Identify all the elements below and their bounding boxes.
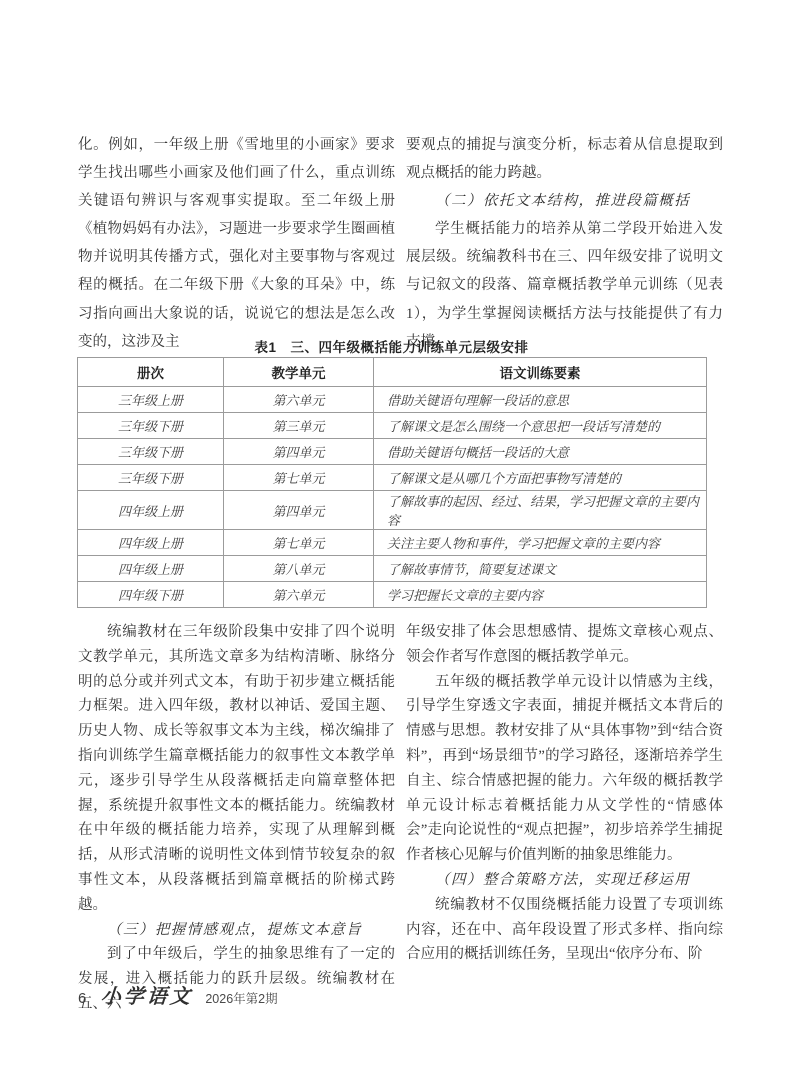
- paragraph: 五年级的概括教学单元设计以情感为主线，引导学生穿透文字表面，捕捉并概括文本背后的…: [406, 670, 723, 868]
- journal-logo: 小学语文: [100, 980, 194, 1009]
- cell-volume: 三年级下册: [78, 439, 224, 465]
- paragraph-continued: 要观点的捕捉与演变分析，标志着从信息提取到观点概括的能力跨越。: [406, 131, 723, 187]
- table-row: 三年级下册 第七单元 了解课文是从哪几个方面把事物写清楚的: [78, 465, 707, 491]
- table-caption: 表1 三、四年级概括能力训练单元层级安排: [77, 336, 706, 356]
- paragraph-continued: 年级安排了体会思想感情、提炼文章核心观点、领会作者写作意图的概括教学单元。: [406, 620, 723, 670]
- paragraph-continued: 化。例如，一年级上册《雪地里的小画家》要求学生找出哪些小画家及他们画了什么，重点…: [78, 131, 395, 356]
- bottom-left-column: 统编教材在三年级阶段集中安排了四个说明文教学单元，其所选文章多为结构清晰、脉络分…: [78, 620, 395, 1017]
- cell-element: 借助关键语句概括一段话的大意: [374, 439, 707, 465]
- table-row: 三年级上册 第六单元 借助关键语句理解一段话的意思: [78, 387, 707, 413]
- training-units-table: 册次 教学单元 语文训练要素 三年级上册 第六单元 借助关键语句理解一段话的意思…: [77, 357, 707, 608]
- cell-unit: 第六单元: [224, 582, 374, 608]
- bottom-text-section: 统编教材在三年级阶段集中安排了四个说明文教学单元，其所选文章多为结构清晰、脉络分…: [78, 620, 723, 1017]
- cell-unit: 第四单元: [224, 439, 374, 465]
- cell-unit: 第三单元: [224, 413, 374, 439]
- cell-volume: 四年级下册: [78, 582, 224, 608]
- cell-element: 借助关键语句理解一段话的意思: [374, 387, 707, 413]
- column-header-volume: 册次: [78, 358, 224, 387]
- paragraph: 学生概括能力的培养从第二学段开始进入发展层级。统编教科书在三、四年级安排了说明文…: [406, 215, 723, 355]
- paragraph: 统编教材在三年级阶段集中安排了四个说明文教学单元，其所选文章多为结构清晰、脉络分…: [78, 620, 395, 918]
- section-heading-4: （四）整合策略方法，实现迁移运用: [406, 868, 723, 893]
- cell-element: 了解故事的起因、经过、结果，学习把握文章的主要内容: [374, 491, 707, 530]
- bottom-right-column: 年级安排了体会思想感情、提炼文章核心观点、领会作者写作意图的概括教学单元。 五年…: [406, 620, 723, 1017]
- cell-volume: 四年级上册: [78, 530, 224, 556]
- cell-unit: 第七单元: [224, 530, 374, 556]
- cell-volume: 三年级上册: [78, 387, 224, 413]
- column-header-unit: 教学单元: [224, 358, 374, 387]
- journal-issue: 2026年第2期: [205, 989, 277, 1007]
- paragraph: 统编教材不仅围绕概括能力设置了专项训练内容，还在中、高年段设置了形式多样、指向综…: [406, 893, 723, 967]
- page-footer: 6 小学语文 2026年第2期: [78, 980, 278, 1009]
- table-row: 三年级下册 第四单元 借助关键语句概括一段话的大意: [78, 439, 707, 465]
- section-heading-2: （二）依托文本结构，推进段篇概括: [406, 187, 723, 215]
- table-row: 四年级上册 第四单元 了解故事的起因、经过、结果，学习把握文章的主要内容: [78, 491, 707, 530]
- table-header-row: 册次 教学单元 语文训练要素: [78, 358, 707, 387]
- cell-element: 了解课文是怎么围绕一个意思把一段话写清楚的: [374, 413, 707, 439]
- cell-element: 学习把握长文章的主要内容: [374, 582, 707, 608]
- table-row: 四年级上册 第七单元 关注主要人物和事件，学习把握文章的主要内容: [78, 530, 707, 556]
- cell-unit: 第八单元: [224, 556, 374, 582]
- top-right-column: 要观点的捕捉与演变分析，标志着从信息提取到观点概括的能力跨越。 （二）依托文本结…: [406, 131, 723, 356]
- cell-element: 了解课文是从哪几个方面把事物写清楚的: [374, 465, 707, 491]
- journal-page: 化。例如，一年级上册《雪地里的小画家》要求学生找出哪些小画家及他们画了什么，重点…: [0, 0, 800, 1077]
- cell-volume: 三年级下册: [78, 465, 224, 491]
- cell-element: 了解故事情节，简要复述课文: [374, 556, 707, 582]
- cell-unit: 第七单元: [224, 465, 374, 491]
- cell-unit: 第六单元: [224, 387, 374, 413]
- top-text-section: 化。例如，一年级上册《雪地里的小画家》要求学生找出哪些小画家及他们画了什么，重点…: [78, 131, 723, 356]
- top-left-column: 化。例如，一年级上册《雪地里的小画家》要求学生找出哪些小画家及他们画了什么，重点…: [78, 131, 395, 356]
- section-heading-3: （三）把握情感观点，提炼文本意旨: [78, 918, 395, 943]
- cell-unit: 第四单元: [224, 491, 374, 530]
- cell-volume: 四年级上册: [78, 556, 224, 582]
- cell-element: 关注主要人物和事件，学习把握文章的主要内容: [374, 530, 707, 556]
- table-row: 四年级下册 第六单元 学习把握长文章的主要内容: [78, 582, 707, 608]
- table-row: 三年级下册 第三单元 了解课文是怎么围绕一个意思把一段话写清楚的: [78, 413, 707, 439]
- column-header-element: 语文训练要素: [374, 358, 707, 387]
- cell-volume: 三年级下册: [78, 413, 224, 439]
- page-number: 6: [78, 990, 86, 1007]
- table-row: 四年级上册 第八单元 了解故事情节，简要复述课文: [78, 556, 707, 582]
- cell-volume: 四年级上册: [78, 491, 224, 530]
